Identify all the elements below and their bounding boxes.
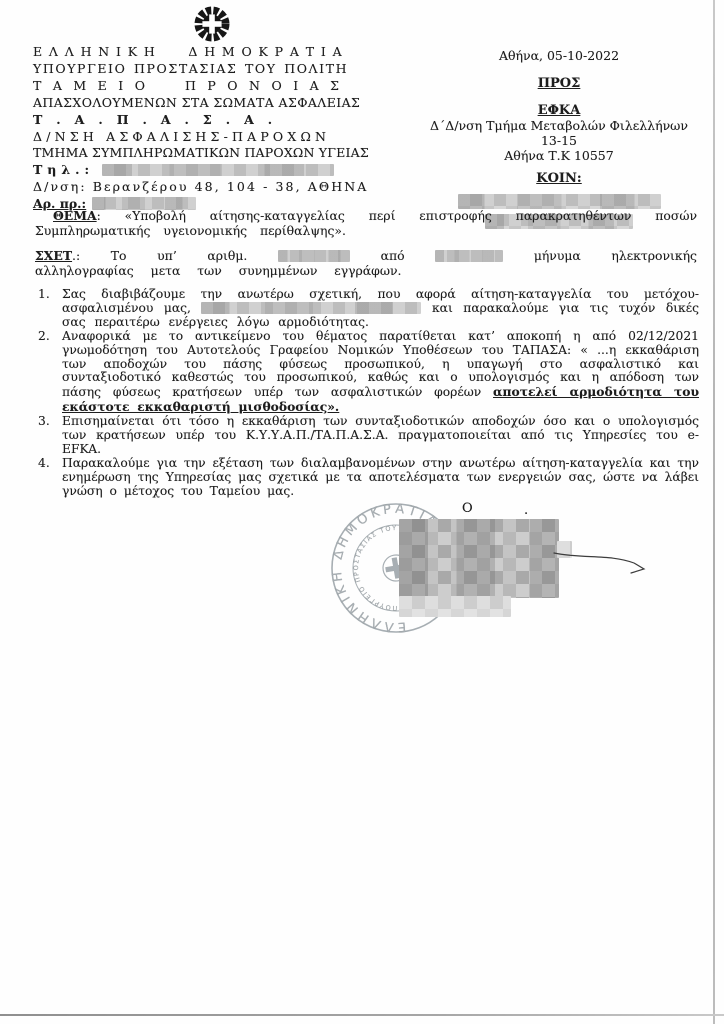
recipient-header-block: Αθήνα, 05-10-2022 ΠΡΟΣ ΕΦΚΑ Δ΄Δ/νση Τμήμ… [418, 48, 700, 230]
scan-edge-vertical [713, 0, 715, 1024]
sender-tel-line: Τηλ.: [33, 162, 357, 179]
list-item-number: 2. [36, 330, 62, 415]
redacted-reference-number [278, 250, 350, 262]
subject-separator: : [97, 208, 125, 223]
reference-text-1: Το υπ’ αριθμ. [111, 248, 248, 263]
list-item-number: 3. [36, 415, 62, 457]
list-item-number: 1. [36, 288, 62, 330]
signature-pen-stroke [548, 540, 656, 580]
recipient-name: ΕΦΚΑ [418, 103, 700, 118]
recipient-address-line-2: Αθήνα Τ.Κ 10557 [418, 148, 700, 163]
sender-fund-line-2: ΑΠΑΣΧΟΛΟΥΜΕΝΩΝ ΣΤΑ ΣΩΜΑΤΑ ΑΣΦΑΛΕΙΑΣ [33, 95, 357, 112]
list-item-text: Επισημαίνεται ότι τόσο η εκκαθάριση των … [62, 415, 699, 457]
redacted-signature-block-lower [399, 596, 511, 617]
sender-ministry-line: ΥΠΟΥΡΓΕΙΟ ΠΡΟΣΤΑΣΙΑΣ ΤΟΥ ΠΟΛΙΤΗ [33, 61, 357, 78]
list-item-1: 1. Σας διαβιβάζουμε την ανωτέρω σχετική,… [36, 288, 699, 330]
list-item-2: 2. Αναφορικά με το αντικείμενο του θέματ… [36, 330, 699, 415]
reference-label: ΣΧΕΤ [35, 248, 72, 263]
list-item-3: 3. Επισημαίνεται ότι τόσο η εκκαθάριση τ… [36, 415, 699, 457]
list-item-number: 4. [36, 457, 62, 499]
signer-title-prefix: Ο [462, 501, 473, 516]
list-item-text: Αναφορικά με το αντικείμενο του θέματος … [62, 330, 699, 415]
reference-text-2: από [381, 248, 405, 263]
sender-department-line: ΤΜΗΜΑ ΣΥΜΠΛΗΡΩΜΑΤΙΚΩΝ ΠΑΡΟΧΩΝ ΥΓΕΙΑΣ [33, 145, 357, 162]
redacted-member-name [201, 302, 421, 314]
greek-coat-of-arms-icon [186, 5, 238, 43]
redacted-phone-number [102, 164, 334, 176]
sender-country-line: ΕΛΛΗΝΙΚΗ ΔΗΜΟΚΡΑΤΙΑ [33, 44, 357, 61]
recipient-address-line-1: Δ΄Δ/νση Τμήμα Μεταβολών Φιλελλήνων 13-15 [418, 118, 700, 148]
subject-label: ΘΕΜΑ [53, 208, 97, 223]
sender-directorate-line: Δ/ΝΣΗ ΑΣΦΑΛΙΣΗΣ-ΠΑΡΟΧΩΝ [33, 129, 357, 146]
list-item-text: Σας διαβιβάζουμε την ανωτέρω σχετική, πο… [62, 288, 699, 330]
date-line: Αθήνα, 05-10-2022 [418, 48, 700, 63]
reference-separator: .: [72, 248, 111, 263]
scan-edge-horizontal [0, 1014, 724, 1016]
to-label: ΠΡΟΣ [418, 76, 700, 91]
signer-title-dot: . [524, 503, 528, 518]
subject-text: «Υποβολή αίτησης-καταγγελίας περί επιστρ… [35, 208, 697, 238]
sender-fund-line: ΤΑΜΕΙΟ ΠΡΟΝΟΙΑΣ [33, 78, 357, 95]
cc-label: ΚΟΙΝ: [418, 171, 700, 186]
scanned-letter-page: ΕΛΛΗΝΙΚΗ ΔΗΜΟΚΡΑΤΙΑ ΥΠΟΥΡΓΕΙΟ ΠΡΟΣΤΑΣΙΑΣ… [0, 0, 724, 1024]
redacted-reference-date [435, 250, 503, 262]
redacted-signature-block [399, 519, 559, 598]
sender-address-line: Δ/νση: Βερανζέρου 48, 104 - 38, ΑΘΗΝΑ [33, 179, 357, 196]
reference-paragraph: ΣΧΕΤ.: Το υπ’ αριθμ. από μήνυμα ηλεκτρον… [35, 249, 697, 278]
sender-header-block: ΕΛΛΗΝΙΚΗ ΔΗΜΟΚΡΑΤΙΑ ΥΠΟΥΡΓΕΙΟ ΠΡΟΣΤΑΣΙΑΣ… [33, 44, 357, 213]
redacted-cc-line-1 [458, 194, 661, 209]
tel-label: Τηλ.: [33, 162, 94, 177]
body-list: 1. Σας διαβιβάζουμε την ανωτέρω σχετική,… [36, 288, 699, 499]
sender-acronym-line: Τ.Α.Π.Α.Σ.Α. [33, 112, 357, 129]
subject-paragraph: ΘΕΜΑ: «Υποβολή αίτησης-καταγγελίας περί … [35, 209, 697, 238]
